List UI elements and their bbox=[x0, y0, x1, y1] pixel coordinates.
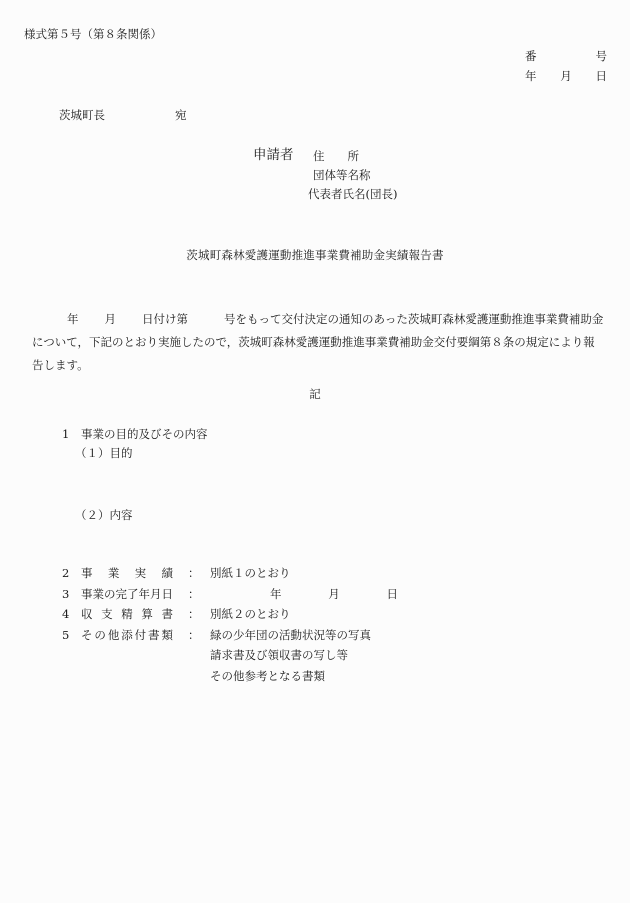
label-char: 実 bbox=[135, 568, 147, 580]
item-number: 2 bbox=[62, 568, 69, 580]
label-char: 添 bbox=[121, 630, 133, 642]
year-label: 年 bbox=[525, 71, 537, 83]
item-label: 収 支 精 算 書 bbox=[81, 609, 173, 621]
item-value-1: 緑の少年団の活動状況等の写真 bbox=[210, 630, 371, 642]
address-char-1: 住 bbox=[313, 151, 325, 163]
body-day-dated: 日付け第 bbox=[142, 312, 188, 326]
form-number: 様式第５号（第８条関係） bbox=[24, 29, 162, 41]
label-char: 算 bbox=[141, 609, 153, 621]
label-char: そ bbox=[81, 630, 93, 642]
month-label: 月 bbox=[560, 71, 572, 83]
addressee-name: 茨城町長 bbox=[59, 108, 105, 122]
document-title: 茨城町森林愛護運動推進事業費補助金実績報告書 bbox=[0, 250, 630, 262]
addressee-atena: 宛 bbox=[175, 110, 187, 122]
body-year: 年 bbox=[67, 312, 79, 326]
item-label: そ の 他 添 付 書 類 bbox=[81, 630, 173, 642]
applicant-group-name-label: 団体等名称 bbox=[313, 170, 371, 182]
label-char: 付 bbox=[135, 630, 147, 642]
label-char: 書 bbox=[162, 609, 174, 621]
body-line-2: について，下記のとおり実施したので，茨城町森林愛護運動推進事業費補助金交付要綱第… bbox=[32, 331, 610, 354]
section-1-sub-purpose: （１）目的 bbox=[75, 448, 133, 460]
label-char: 精 bbox=[121, 609, 133, 621]
addressee: 茨城町長 宛 bbox=[59, 110, 105, 122]
label-char: 事 bbox=[81, 568, 93, 580]
item-colon: ： bbox=[188, 630, 200, 642]
completion-day: 日 bbox=[387, 589, 399, 601]
document-date-line: 年 月 日 bbox=[525, 71, 607, 83]
body-month: 月 bbox=[105, 312, 117, 326]
item-value: 別紙１のとおり bbox=[210, 568, 291, 580]
body-paragraph: 年月日付け第号をもって交付決定の通知のあった茨城町森林愛護運動推進事業費補助金 … bbox=[32, 308, 610, 377]
item-number: 5 bbox=[62, 630, 69, 642]
label-char: 他 bbox=[108, 630, 120, 642]
label-char: 支 bbox=[101, 609, 113, 621]
label-text: 事業の完了年月日 bbox=[81, 589, 173, 601]
item-number: 4 bbox=[62, 609, 69, 621]
body-line-3: 告します。 bbox=[32, 354, 610, 377]
item-colon: ： bbox=[188, 568, 200, 580]
label-char: 績 bbox=[161, 568, 173, 580]
applicant-address-label: 住 所 bbox=[313, 151, 359, 163]
applicant-label: 申請者 bbox=[253, 149, 294, 163]
document-number-line: 番 号 bbox=[525, 51, 607, 63]
label-char: の bbox=[94, 630, 106, 642]
item-colon: ： bbox=[188, 609, 200, 621]
go-label: 号 bbox=[596, 51, 608, 63]
item-value-2: 請求書及び領収書の写し等 bbox=[210, 650, 348, 662]
day-label: 日 bbox=[596, 71, 608, 83]
completion-month: 月 bbox=[328, 589, 340, 601]
item-label: 事業の完了年月日 bbox=[81, 589, 173, 601]
item-label: 事 業 実 績 bbox=[81, 568, 173, 580]
applicant-representative-label: 代表者氏名(団長) bbox=[308, 189, 397, 201]
label-char: 収 bbox=[81, 609, 93, 621]
item-number: 3 bbox=[62, 589, 69, 601]
ki-heading: 記 bbox=[0, 389, 630, 401]
label-char: 類 bbox=[161, 630, 173, 642]
section-1-title: 事業の目的及びその内容 bbox=[81, 427, 208, 441]
ban-label: 番 bbox=[525, 51, 537, 63]
address-char-2: 所 bbox=[348, 151, 360, 163]
item-value: 別紙２のとおり bbox=[210, 609, 291, 621]
section-1-sub-content: （２）内容 bbox=[75, 510, 133, 522]
label-char: 業 bbox=[108, 568, 120, 580]
label-char: 書 bbox=[148, 630, 160, 642]
completion-year: 年 bbox=[270, 589, 282, 601]
item-value-3: その他参考となる書類 bbox=[210, 671, 325, 683]
section-1-number: 1 bbox=[62, 429, 81, 441]
item-colon: ： bbox=[188, 589, 200, 601]
section-1-heading: 1事業の目的及びその内容 bbox=[62, 429, 208, 441]
body-line-1-rest: 号をもって交付決定の通知のあった茨城町森林愛護運動推進事業費補助金 bbox=[224, 312, 603, 326]
body-line-1: 年月日付け第号をもって交付決定の通知のあった茨城町森林愛護運動推進事業費補助金 bbox=[32, 308, 610, 331]
completion-date: 年 月 日 bbox=[270, 589, 398, 601]
